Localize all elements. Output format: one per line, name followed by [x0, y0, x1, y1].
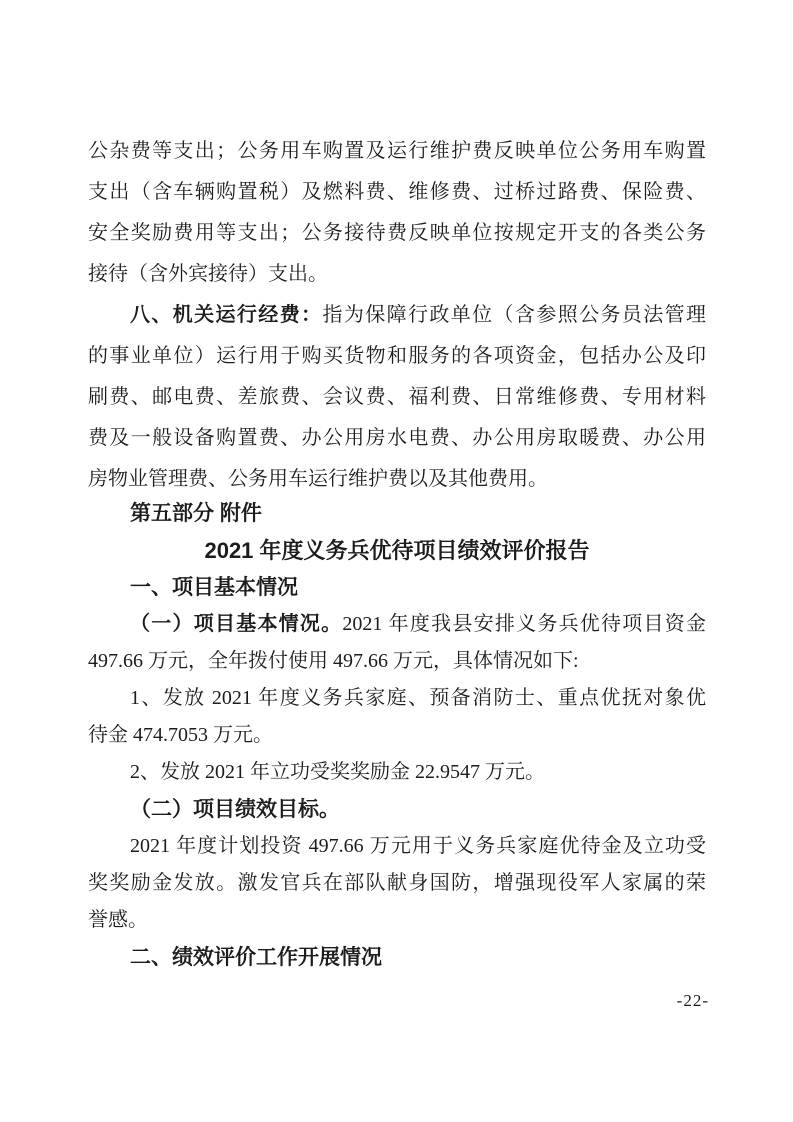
page-number: -22- — [677, 991, 709, 1011]
text-line: 2021 年度计划投资 497.66 万元用于义务兵家庭优待金及立功受 — [88, 828, 706, 865]
bold-text-run: 一、项目基本情况 — [130, 576, 298, 599]
text-line: 安全奖励费用等支出；公务接待费反映单位按规定开支的各类公务 — [88, 213, 706, 254]
text-run: 安全奖励费用等支出；公务接待费反映单位按规定开支的各类公务 — [88, 222, 706, 244]
text-run: 支出（含车辆购置税）及燃料费、维修费、过桥过路费、保险费、 — [88, 181, 706, 203]
text-line: 497.66 万元，全年拨付使用 497.66 万元，具体情况如下: — [88, 643, 706, 680]
text-line: 誉感。 — [88, 902, 706, 939]
text-line: 奖奖励金发放。激发官兵在部队献身国防，增强现役军人家属的荣 — [88, 865, 706, 902]
text-line: 刷费、邮电费、差旅费、会议费、福利费、日常维修费、专用材料 — [88, 377, 706, 418]
text-run: 的事业单位）运行用于购买货物和服务的各项资金，包括办公及印 — [88, 345, 706, 367]
text-run: 2021 年度计划投资 497.66 万元用于义务兵家庭优待金及立功受 — [130, 835, 706, 857]
bold-text-run: （一）项目基本情况。 — [130, 613, 342, 635]
text-line: 八、机关运行经费：指为保障行政单位（含参照公务员法管理 — [88, 295, 706, 336]
text-run: 公杂费等支出；公务用车购置及运行维护费反映单位公务用车购置 — [88, 140, 706, 162]
bold-text-run: 八、机关运行经费： — [130, 304, 322, 326]
text-line: 2、发放 2021 年立功受奖奖励金 22.9547 万元。 — [88, 754, 706, 791]
text-line: 房物业管理费、公务用车运行维护费以及其他费用。 — [88, 459, 706, 500]
bold-text-run: 第五部分 附件 — [130, 502, 262, 525]
text-line: （一）项目基本情况。2021 年度我县安排义务兵优待项目资金 — [88, 606, 706, 643]
text-run: 497.66 万元，全年拨付使用 497.66 万元，具体情况如下: — [88, 650, 579, 672]
heading-line: 一、项目基本情况 — [88, 569, 706, 606]
text-run: 房物业管理费、公务用车运行维护费以及其他费用。 — [88, 468, 548, 490]
text-run: 指为保障行政单位（含参照公务员法管理 — [322, 304, 706, 326]
heading-line: 二、绩效评价工作开展情况 — [88, 939, 706, 976]
text-run: 誉感。 — [88, 909, 148, 931]
text-run: 1、发放 2021 年度义务兵家庭、预备消防士、重点优抚对象优 — [130, 687, 706, 709]
report-title-line: 2021 年度义务兵优待项目绩效评价报告 — [88, 532, 706, 569]
text-run: 奖奖励金发放。激发官兵在部队献身国防，增强现役军人家属的荣 — [88, 872, 706, 894]
text-run: 2、发放 2021 年立功受奖奖励金 22.9547 万元。 — [130, 761, 545, 783]
text-line: 1、发放 2021 年度义务兵家庭、预备消防士、重点优抚对象优 — [88, 680, 706, 717]
bold-text-run: 2021 年度义务兵优待项目绩效评价报告 — [204, 538, 589, 563]
document-body: 公杂费等支出；公务用车购置及运行维护费反映单位公务用车购置支出（含车辆购置税）及… — [88, 131, 706, 976]
text-run: 待金 474.7053 万元。 — [88, 724, 273, 746]
document-page: 公杂费等支出；公务用车购置及运行维护费反映单位公务用车购置支出（含车辆购置税）及… — [0, 0, 793, 1122]
text-line: 接待（含外宾接待）支出。 — [88, 254, 706, 295]
text-line: 公杂费等支出；公务用车购置及运行维护费反映单位公务用车购置 — [88, 131, 706, 172]
text-line: 待金 474.7053 万元。 — [88, 717, 706, 754]
text-line: 费及一般设备购置费、办公用房水电费、办公用房取暖费、办公用 — [88, 418, 706, 459]
text-run: 接待（含外宾接待）支出。 — [88, 263, 328, 285]
text-run: 费及一般设备购置费、办公用房水电费、办公用房取暖费、办公用 — [88, 427, 706, 449]
text-line: 的事业单位）运行用于购买货物和服务的各项资金，包括办公及印 — [88, 336, 706, 377]
heading-line: 第五部分 附件 — [88, 495, 706, 532]
bold-text-run: （二）项目绩效目标。 — [130, 798, 340, 821]
bold-text-run: 二、绩效评价工作开展情况 — [130, 946, 382, 969]
heading-line: （二）项目绩效目标。 — [88, 791, 706, 828]
text-run: 2021 年度我县安排义务兵优待项目资金 — [342, 613, 706, 635]
text-run: 刷费、邮电费、差旅费、会议费、福利费、日常维修费、专用材料 — [88, 386, 706, 408]
text-line: 支出（含车辆购置税）及燃料费、维修费、过桥过路费、保险费、 — [88, 172, 706, 213]
